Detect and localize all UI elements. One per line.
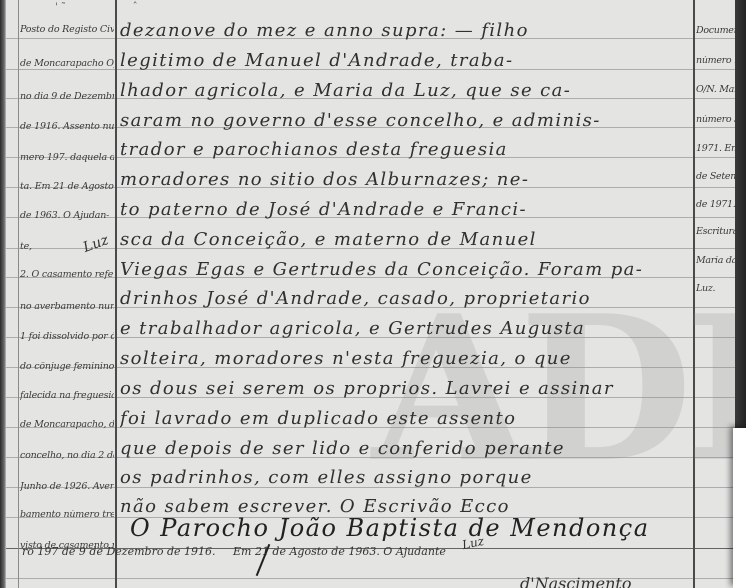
main-text-line: os dous sei serem os proprios. Lavrei e … bbox=[120, 380, 692, 398]
left-margin-line: do cônjuge feminino bbox=[20, 362, 114, 372]
right-margin-line: Documento bbox=[696, 26, 736, 36]
main-text-line: saram no governo d'esse concelho, e admi… bbox=[120, 112, 692, 130]
left-margin-line: falecida na freguesia bbox=[20, 391, 114, 401]
page-edge-shadow bbox=[735, 0, 746, 430]
main-text-line: trador e parochianos desta freguesia bbox=[120, 141, 692, 159]
main-text-line: dezanove do mez e anno supra: — filho bbox=[120, 22, 692, 40]
main-text-line: os padrinhos, com elles assigno porque bbox=[120, 469, 692, 487]
clerk-initials-left: Luz bbox=[81, 232, 111, 256]
left-margin-line: no dia 9 de Dezembro bbox=[20, 92, 114, 102]
left-margin-line: concelho, no dia 2 de bbox=[20, 451, 114, 461]
right-margin-line: número 3 bbox=[696, 115, 736, 125]
main-text-line: Viegas Egas e Gertrudes da Conceição. Fo… bbox=[120, 261, 692, 279]
main-text-line: drinhos José d'Andrade, casado, propriet… bbox=[120, 290, 692, 308]
left-margin-line: 1 foi dissolvido por óbito bbox=[20, 332, 114, 342]
main-text-line: que depois de ser lido e conferido peran… bbox=[120, 440, 692, 458]
right-margin-line: de Setem. Pos. bbox=[696, 172, 736, 182]
left-margin-line: bamento número tres bbox=[20, 510, 114, 520]
priest-signature: O Parocho João Baptista de Mendonça bbox=[130, 514, 720, 542]
right-column-line bbox=[693, 0, 695, 588]
register-page: ADP ' ˜ ˆ Posto do Registo Civil de Monc… bbox=[0, 0, 746, 588]
right-margin-line: Escriturário bbox=[696, 227, 736, 237]
left-column-line bbox=[115, 0, 117, 588]
right-margin-line: Luz. bbox=[696, 284, 736, 294]
left-margin-line: no averbamento nume- bbox=[20, 302, 114, 312]
outer-margin-line bbox=[18, 0, 19, 588]
ruled-line bbox=[6, 578, 746, 579]
ruled-line bbox=[6, 487, 746, 488]
main-text-line: lhador agricola, e Maria da Luz, que se … bbox=[120, 82, 692, 100]
right-margin-line: Maria da bbox=[696, 256, 736, 266]
left-margin-line: Posto do Registo Civil bbox=[20, 25, 114, 35]
clerk-initials-footer: Luz bbox=[461, 534, 485, 552]
main-text-line: legitimo de Manuel d'Andrade, traba- bbox=[120, 52, 692, 70]
right-margin-line: 1971. Em bbox=[696, 144, 736, 154]
right-margin-line: de 1971. bbox=[696, 200, 736, 210]
footer-left-text: ro 197 de 9 de Dezembro de 1916. bbox=[22, 545, 215, 558]
right-margin-line: O/N. Maria bbox=[696, 85, 736, 95]
left-margin-line: mero 197. daquela da- bbox=[20, 153, 114, 163]
left-margin-line: ta. Em 21 de Agosto bbox=[20, 182, 114, 192]
main-text-line: moradores no sitio dos Alburnazes; ne- bbox=[120, 171, 692, 189]
left-margin-line: ro 197 de 9 de Dezembro de 1916. Em 21 d… bbox=[22, 545, 446, 558]
blank-corner bbox=[733, 428, 746, 588]
main-text-line: e trabalhador agricola, e Gertrudes Augu… bbox=[120, 320, 692, 338]
left-margin-line: de Moncarapacho Of. bbox=[20, 59, 114, 69]
stray-ink-marks: ' ˜ ˆ bbox=[55, 2, 138, 13]
left-margin-line: 2. O casamento referido bbox=[20, 270, 114, 280]
binding-edge bbox=[0, 0, 6, 588]
main-text-line: to paterno de José d'Andrade e Franci- bbox=[120, 201, 692, 219]
right-margin-line: número 10 bbox=[696, 56, 736, 66]
left-margin-line: te, bbox=[20, 242, 40, 252]
next-entry-fragment: d'Nascimento bbox=[520, 574, 631, 588]
left-margin-line: de Moncarapacho, deste bbox=[20, 420, 114, 430]
left-margin-line: de 1916. Assento nu- bbox=[20, 122, 114, 132]
left-margin-line: de 1963. O Ajudan- bbox=[20, 211, 114, 221]
main-text-line: foi lavrado em duplicado este assento bbox=[120, 410, 692, 428]
main-text-line: sca da Conceição, e materno de Manuel bbox=[120, 231, 692, 249]
left-margin-line: Junho de 1926. Aver- bbox=[20, 482, 114, 492]
main-text-line: solteira, moradores n'esta freguezia, o … bbox=[120, 350, 692, 368]
